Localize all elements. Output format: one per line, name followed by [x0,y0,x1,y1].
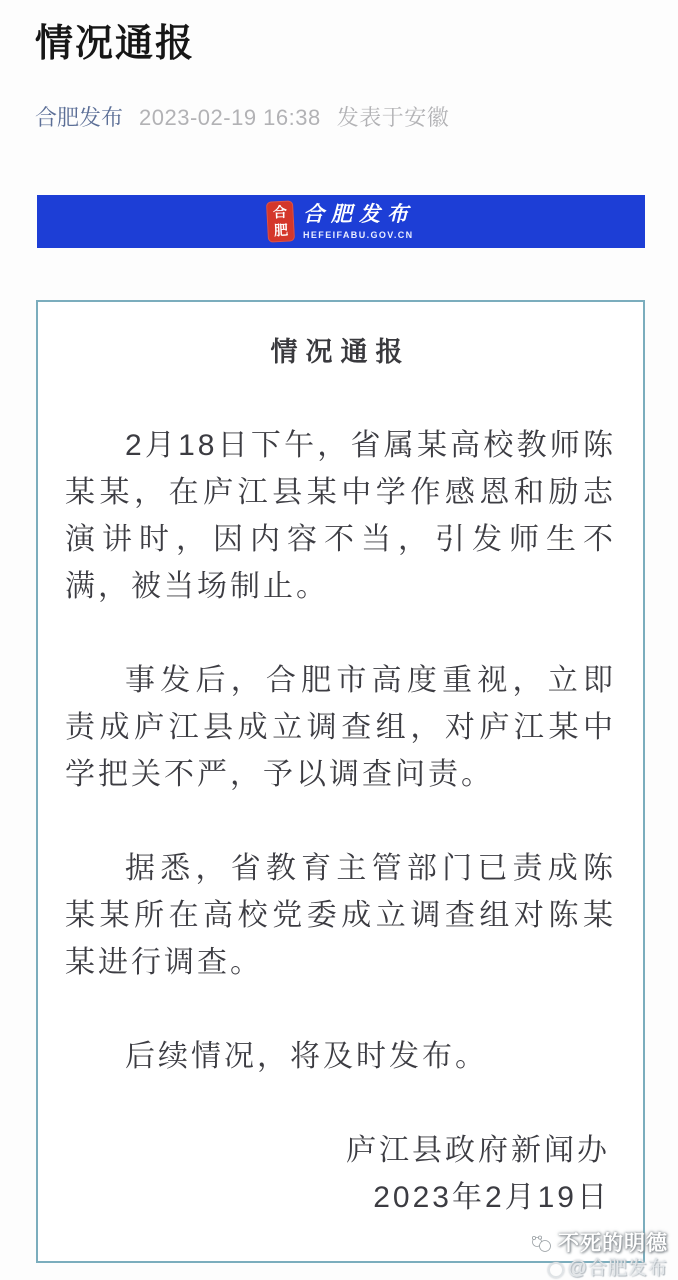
notice-paragraph-3: 据悉，省教育主管部门已责成陈某某所在高校党委成立调查组对陈某某进行调查。 [65,845,616,986]
notice-date: 2023年2月19日 [65,1174,616,1221]
notice-signature: 庐江县政府新闻办 [65,1127,616,1174]
notice-box: 情况通报 2月18日下午，省属某高校教师陈某某，在庐江县某中学作感恩和励志演讲时… [36,300,645,1263]
brand-text-block: 合肥发布 HEFEIFABU.GOV.CN [303,203,415,239]
publish-location: 发表于安徽 [337,101,450,132]
article-title: 情况通报 [35,20,195,69]
account-link[interactable]: 合肥发布 [35,101,123,132]
brand-url: HEFEIFABU.GOV.CN [303,230,414,240]
byline: 合肥发布 2023-02-19 16:38 发表于安徽 [35,101,449,132]
watermark-badge-icon [548,1262,564,1278]
notice-title: 情况通报 [65,332,616,372]
brand-seal-icon: 合 肥 [266,200,295,242]
brand-banner: 合 肥 合肥发布 HEFEIFABU.GOV.CN [37,195,645,248]
seal-char-bottom: 肥 [274,221,289,239]
brand-name: 合肥发布 [303,203,415,226]
notice-paragraph-2: 事发后，合肥市高度重视，立即责成庐江县成立调查组，对庐江某中学把关不严，予以调查… [65,657,616,798]
publish-datetime: 2023-02-19 16:38 [139,105,321,131]
article-page: 情况通报 合肥发布 2023-02-19 16:38 发表于安徽 合 肥 合肥发… [0,0,678,1280]
notice-paragraph-4: 后续情况，将及时发布。 [65,1033,616,1080]
notice-paragraph-1: 2月18日下午，省属某高校教师陈某某，在庐江县某中学作感恩和励志演讲时，因内容不… [65,422,616,610]
seal-char-top: 合 [273,204,288,222]
